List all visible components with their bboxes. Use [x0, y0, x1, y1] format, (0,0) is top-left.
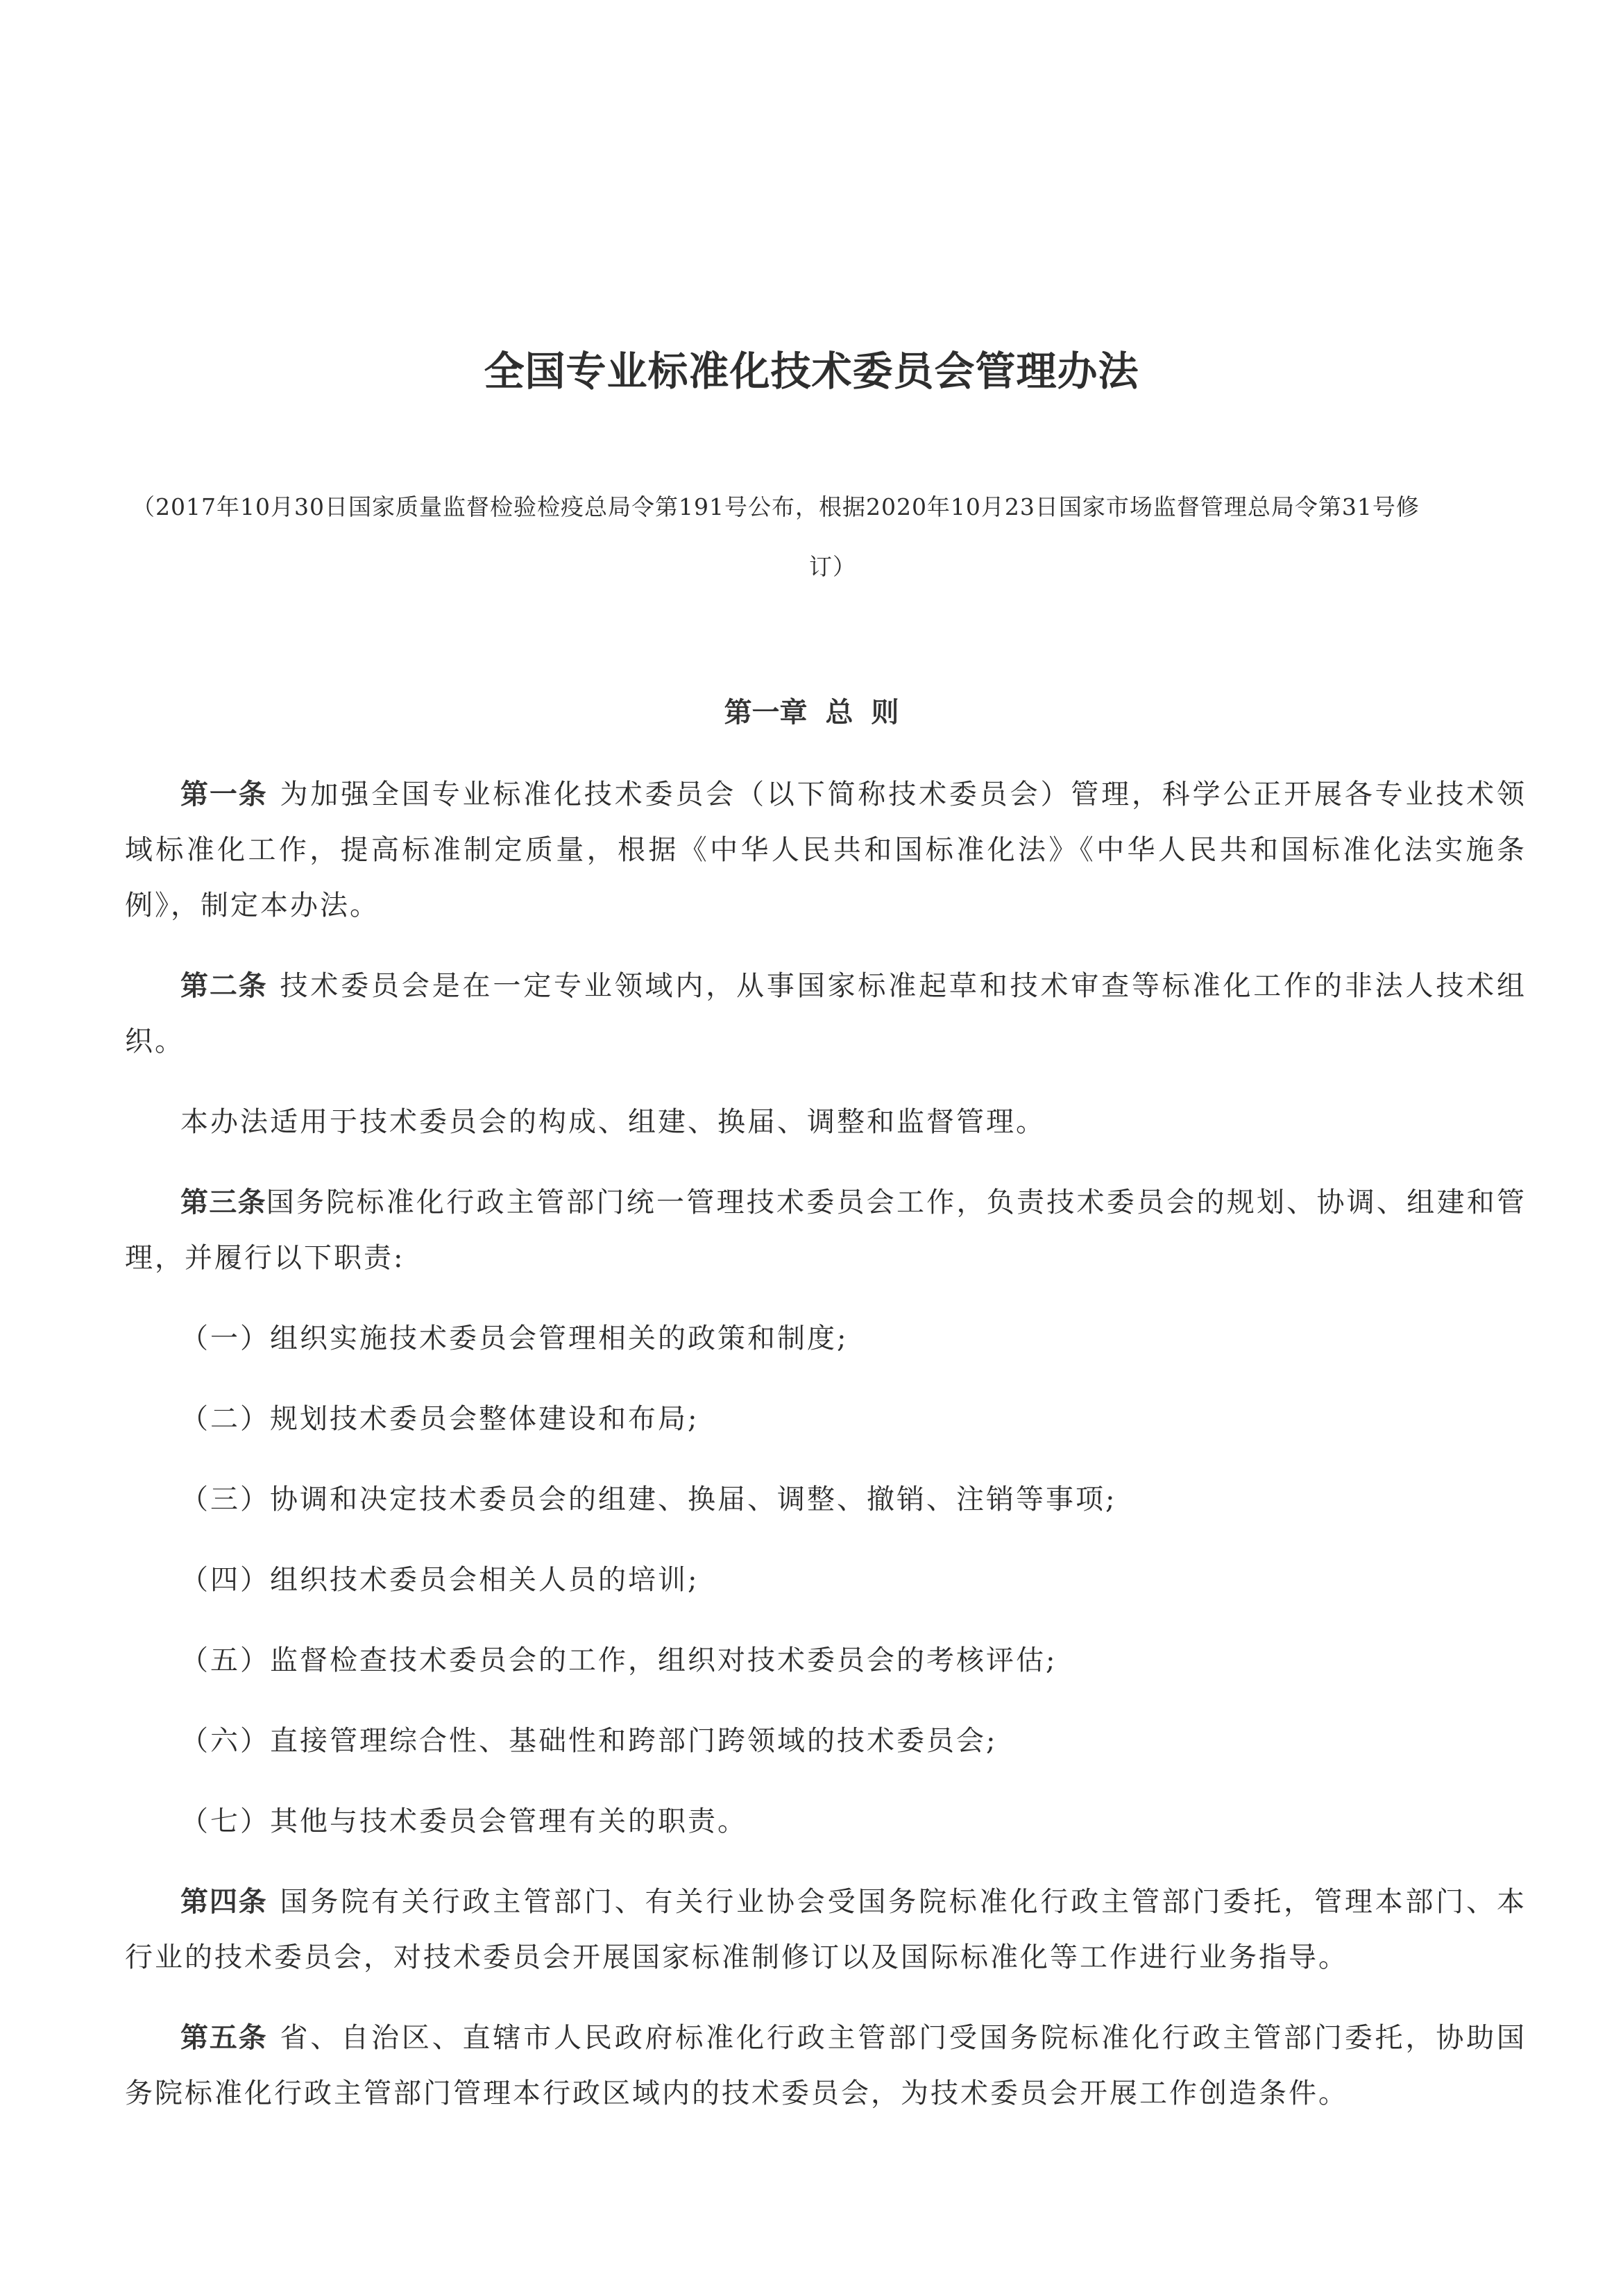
chapter-title: 第一章 总 则	[0, 690, 1623, 730]
duty-item-7: （七）其他与技术委员会管理有关的职责。	[125, 1794, 1527, 1849]
article-4: 第四条国务院有关行政主管部门、有关行业协会受国务院标准化行政主管部门委托，管理本…	[125, 1874, 1527, 1985]
article-5: 第五条省、自治区、直辖市人民政府标准化行政主管部门受国务院标准化行政主管部门委托…	[125, 2010, 1527, 2121]
duty-item-1: （一）组织实施技术委员会管理相关的政策和制度;	[125, 1311, 1527, 1366]
article-label: 第五条	[180, 2022, 268, 2054]
duty-item-5: （五）监督检查技术委员会的工作，组织对技术委员会的考核评估;	[125, 1633, 1527, 1688]
article-text: 本办法适用于技术委员会的构成、组建、换届、调整和监督管理。	[180, 1106, 1046, 1138]
article-label: 第三条	[180, 1187, 266, 1218]
subtitle-line-1: （2017年10月30日国家质量监督检验检疫总局令第191号公布，根据2020年…	[132, 493, 1420, 520]
article-label: 第二条	[180, 970, 268, 1002]
article-text: 国务院标准化行政主管部门统一管理技术委员会工作，负责技术委员会的规划、协调、组建…	[125, 1187, 1527, 1274]
article-2-scope: 本办法适用于技术委员会的构成、组建、换届、调整和监督管理。	[125, 1094, 1527, 1150]
duty-item-3: （三）协调和决定技术委员会的组建、换届、调整、撤销、注销等事项;	[125, 1472, 1527, 1527]
article-1: 第一条为加强全国专业标准化技术委员会（以下简称技术委员会）管理，科学公正开展各专…	[125, 767, 1527, 933]
duty-item-4: （四）组织技术委员会相关人员的培训;	[125, 1552, 1527, 1608]
article-2: 第二条技术委员会是在一定专业领域内，从事国家标准起草和技术审查等标准化工作的非法…	[125, 958, 1527, 1069]
article-label: 第一条	[180, 779, 268, 810]
article-text: 为加强全国专业标准化技术委员会（以下简称技术委员会）管理，科学公正开展各专业技术…	[125, 779, 1527, 921]
document-subtitle: （2017年10月30日国家质量监督检验检疫总局令第191号公布，根据2020年…	[132, 477, 1554, 597]
document-body: 第一条为加强全国专业标准化技术委员会（以下简称技术委员会）管理，科学公正开展各专…	[125, 767, 1527, 2146]
article-text: 技术委员会是在一定专业领域内，从事国家标准起草和技术审查等标准化工作的非法人技术…	[125, 970, 1527, 1057]
article-3: 第三条国务院标准化行政主管部门统一管理技术委员会工作，负责技术委员会的规划、协调…	[125, 1175, 1527, 1286]
subtitle-line-2: 订）	[132, 537, 1554, 597]
article-text: 省、自治区、直辖市人民政府标准化行政主管部门受国务院标准化行政主管部门委托，协助…	[125, 2022, 1527, 2109]
article-text: 国务院有关行政主管部门、有关行业协会受国务院标准化行政主管部门委托，管理本部门、…	[125, 1886, 1527, 1973]
article-label: 第四条	[180, 1886, 268, 1918]
document-title: 全国专业标准化技术委员会管理办法	[0, 339, 1623, 397]
duty-item-2: （二）规划技术委员会整体建设和布局;	[125, 1391, 1527, 1447]
document-page: 全国专业标准化技术委员会管理办法 （2017年10月30日国家质量监督检验检疫总…	[0, 0, 1623, 2296]
duty-item-6: （六）直接管理综合性、基础性和跨部门跨领域的技术委员会;	[125, 1713, 1527, 1769]
